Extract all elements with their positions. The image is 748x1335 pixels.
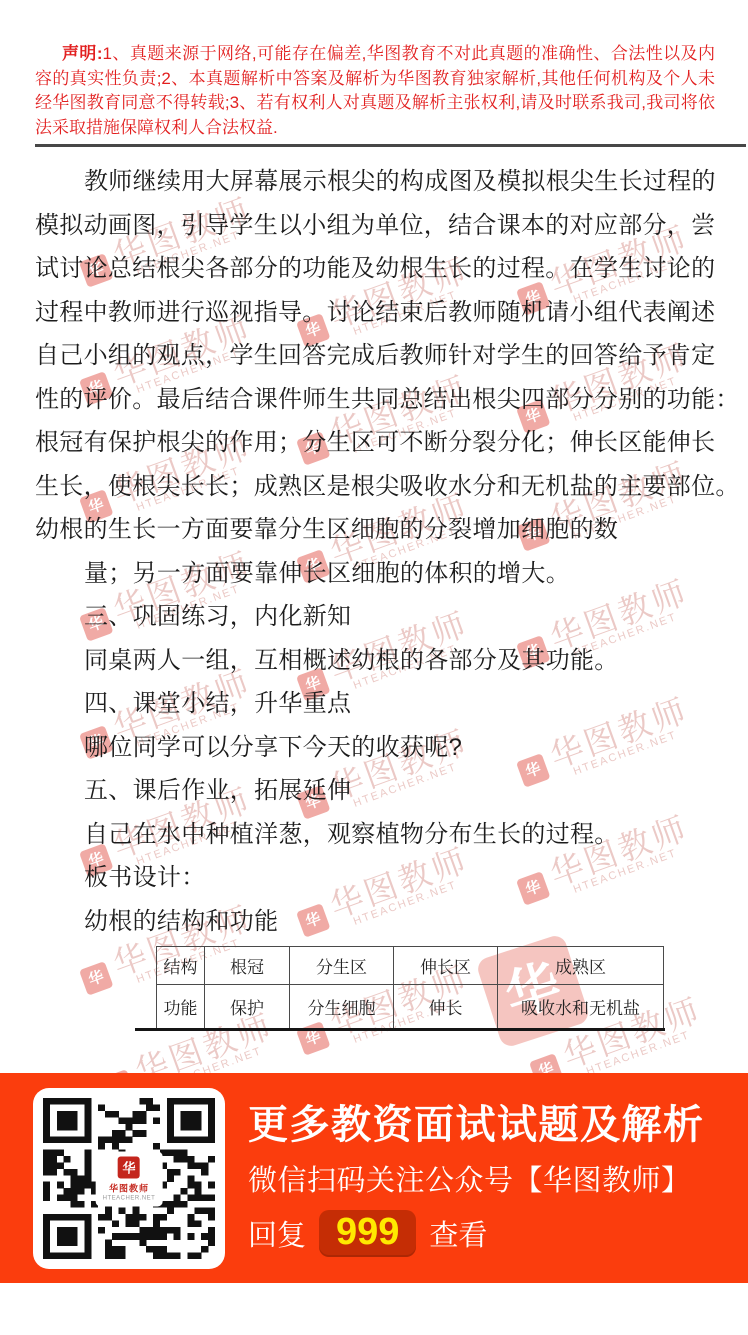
table-cell: 分生细胞 xyxy=(290,985,394,1029)
banner-title: 更多教资面试试题及解析 xyxy=(248,1101,705,1149)
qr-code: 华 华图教师 HTEACHER.NET xyxy=(33,1088,225,1269)
table-cell: 功能 xyxy=(157,985,205,1029)
body-line-section-3: 三、巩固练习，内化新知 xyxy=(35,595,715,639)
table-cell: 结构 xyxy=(157,947,205,985)
table-cell: 根冠 xyxy=(205,947,290,985)
reply-row: 回复 999 查看 xyxy=(248,1210,705,1257)
body-line: 模拟动画图，引导学生以小组为单位，结合课本的对应部分，尝 xyxy=(35,204,715,248)
table-row-structure: 结构 根冠 分生区 伸长区 成熟区 xyxy=(157,947,664,985)
banner-subtitle: 微信扫码关注公众号【华图教师】 xyxy=(248,1163,705,1199)
qr-center-logo: 华 华图教师 HTEACHER.NET xyxy=(96,1151,163,1206)
body-line: 性的评价。最后结合课件师生共同总结出根尖四部分分别的功能： xyxy=(35,378,715,422)
table-cell: 伸长 xyxy=(394,985,498,1029)
document-page: 华华图教师HTEACHER.NET华华图教师HTEACHER.NET华华图教师H… xyxy=(0,0,748,1335)
lesson-plan-text: 教师继续用大屏幕展示根尖的构成图及模拟根尖生长过程的 模拟动画图，引导学生以小组… xyxy=(35,160,715,943)
huatu-logo-glyph: 华 xyxy=(122,1158,135,1177)
disclaimer-body: 1、真题来源于网络,可能存在偏差,华图教育不对此真题的准确性、合法性以及内容的真… xyxy=(35,44,715,137)
table-row-function: 功能 保护 分生细胞 伸长 吸收水和无机盐 xyxy=(157,985,664,1029)
body-line: 教师继续用大屏幕展示根尖的构成图及模拟根尖生长过程的 xyxy=(35,160,715,204)
footer-banner: 华 华图教师 HTEACHER.NET 更多教资面试试题及解析 微信扫码关注公众… xyxy=(0,1073,748,1283)
body-line: 自己在水中种植洋葱，观察植物分布生长的过程。 xyxy=(35,813,715,857)
body-line: 根冠有保护根尖的作用；分生区可不断分裂分化；伸长区能伸长 xyxy=(35,421,715,465)
banner-text-block: 更多教资面试试题及解析 微信扫码关注公众号【华图教师】 回复 999 查看 xyxy=(248,1101,705,1257)
body-line: 生长，使根尖长长；成熟区是根尖吸收水分和无机盐的主要部位。 xyxy=(35,465,715,509)
separator-line xyxy=(35,144,746,147)
reply-code-badge: 999 xyxy=(319,1210,416,1257)
disclaimer-text: 声明:1、真题来源于网络,可能存在偏差,华图教育不对此真题的准确性、合法性以及内… xyxy=(35,42,715,140)
board-design-table: 结构 根冠 分生区 伸长区 成熟区 功能 保护 分生细胞 伸长 吸收水和无机盐 xyxy=(156,946,664,1028)
body-line: 同桌两人一组，互相概述幼根的各部分及其功能。 xyxy=(35,639,715,683)
table-cell: 分生区 xyxy=(290,947,394,985)
body-line: 哪位同学可以分享下今天的收获呢? xyxy=(35,726,715,770)
body-line-section-4: 四、课堂小结，升华重点 xyxy=(35,682,715,726)
table-cell: 成熟区 xyxy=(498,947,664,985)
body-line-board-title: 幼根的结构和功能 xyxy=(35,900,715,944)
table-cell: 伸长区 xyxy=(394,947,498,985)
qr-center-subtext: HTEACHER.NET xyxy=(103,1195,156,1201)
table-cell: 保护 xyxy=(205,985,290,1029)
table-cell: 吸收水和无机盐 xyxy=(498,985,664,1029)
body-line-section-5: 五、课后作业，拓展延伸 xyxy=(35,769,715,813)
huatu-logo-icon: 华 xyxy=(118,1156,140,1178)
body-line: 试讨论总结根尖各部分的功能及幼根生长的过程。在学生讨论的 xyxy=(35,247,715,291)
qr-center-text: 华图教师 xyxy=(109,1181,149,1194)
body-line: 过程中教师进行巡视指导。讨论结束后教师随机请小组代表阐述 xyxy=(35,291,715,335)
body-line: 幼根的生长一方面要靠分生区细胞的分裂增加细胞的数 xyxy=(35,508,715,552)
body-line: 量；另一方面要靠伸长区细胞的体积的增大。 xyxy=(35,552,715,596)
disclaimer-label: 声明: xyxy=(62,44,103,63)
body-line-board-design: 板书设计： xyxy=(35,856,715,900)
view-label: 查看 xyxy=(429,1213,487,1254)
board-underline xyxy=(135,1028,665,1031)
reply-label: 回复 xyxy=(248,1213,306,1254)
body-line: 自己小组的观点，学生回答完成后教师针对学生的回答给予肯定 xyxy=(35,334,715,378)
